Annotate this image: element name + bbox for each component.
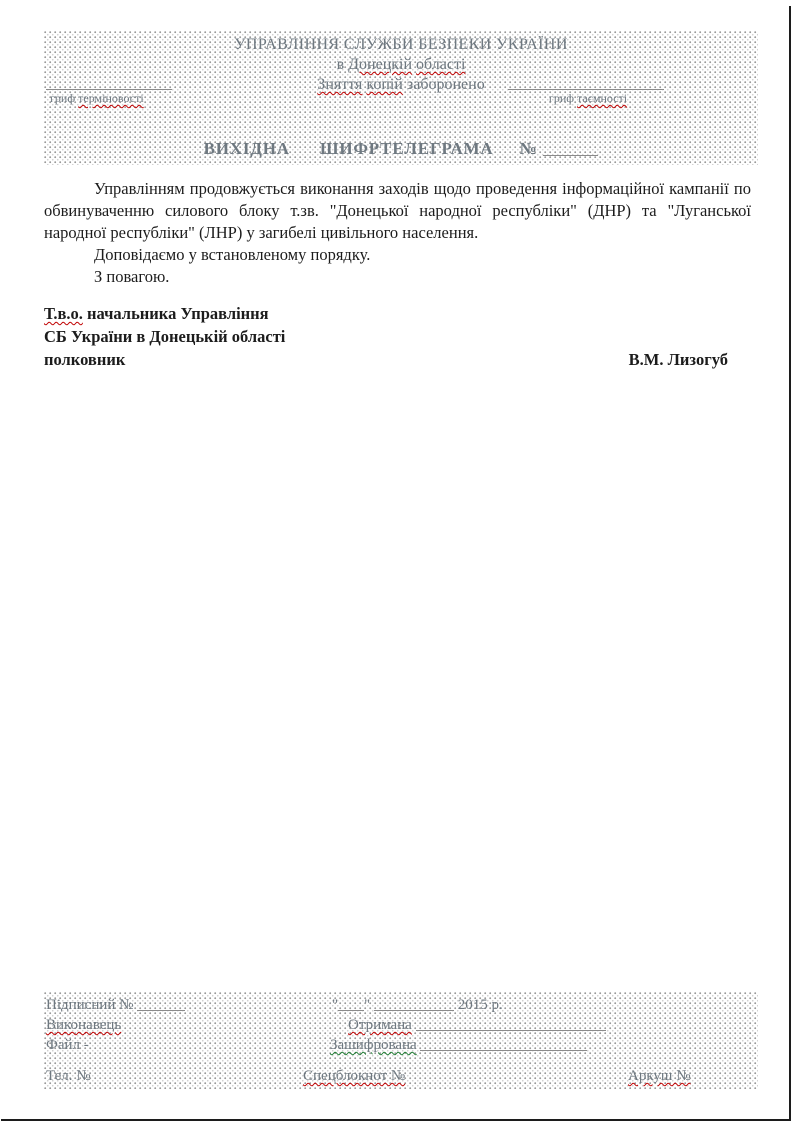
signer-name: В.М. Лизогуб (629, 348, 728, 371)
paragraph-campaign: Управлінням продовжується виконання захо… (44, 178, 751, 244)
nocopy-rest: заборонено (407, 76, 485, 93)
signed-number-label: Підписний № (46, 997, 134, 1013)
secrecy-stamp-word: таємності (577, 91, 627, 105)
date-year: 2015 р. (458, 997, 503, 1013)
secrecy-stamp-prefix: гриф (549, 91, 574, 105)
page-edge-right (789, 6, 791, 1120)
paragraph-report: Доповідаємо у встановленому порядку. (44, 244, 751, 266)
org-region: в Донецкій області (44, 55, 758, 74)
encrypted-label: Зашифрована (330, 1037, 417, 1053)
signature-rank-row: полковник В.М. Лизогуб (44, 348, 728, 371)
secrecy-stamp: гриф таємності (508, 83, 664, 105)
urgency-stamp-blank-line (46, 83, 172, 90)
doc-title-number-sign: № (519, 139, 537, 158)
paragraph-regards: З повагою. (44, 266, 751, 288)
executor-field: Виконавець (46, 1017, 121, 1034)
secrecy-stamp-label: гриф таємності (545, 91, 627, 105)
file-label: Файл - (46, 1037, 89, 1053)
header-classification-block: УПРАВЛІННЯ СЛУЖБИ БЕЗПЕКИ УКРАЇНИ в Доне… (44, 31, 758, 165)
org-title: УПРАВЛІННЯ СЛУЖБИ БЕЗПЕКИ УКРАЇНИ (44, 35, 758, 54)
signed-number-blank (137, 998, 185, 1011)
received-blank (416, 1018, 606, 1031)
signature-abbr: Т.в.о. (44, 304, 83, 323)
signed-number-field: Підписний № (46, 997, 185, 1014)
doc-title: ВИХІДНАШИФРТЕЛЕГРАМА№ (44, 139, 758, 159)
region-prefix: в (337, 56, 345, 73)
secrecy-stamp-blank-line (508, 83, 664, 90)
signature-position-line2: СБ України в Донецькій області (44, 325, 728, 348)
encrypted-field: Зашифрована (330, 1037, 587, 1054)
received-field: Отримана (348, 1017, 606, 1034)
received-label: Отримана (348, 1017, 412, 1033)
sheet-field: Аркуш № (628, 1068, 691, 1085)
date-day-blank (338, 998, 364, 1011)
signature-position-line1: Т.в.о. начальника Управління (44, 302, 728, 325)
document-page: { "header": { "org": "УПРАВЛІННЯ СЛУЖБИ … (0, 0, 794, 1127)
letter-body: Управлінням продовжується виконання захо… (44, 178, 751, 288)
date-month-blank (374, 998, 454, 1011)
sheet-label: Аркуш № (628, 1068, 691, 1084)
urgency-stamp: гриф терміновості (46, 83, 172, 105)
urgency-stamp-word: терміновості (78, 91, 144, 105)
signature-rank: полковник (44, 348, 125, 371)
region-word2-misspelled: області (416, 56, 465, 73)
page-edge-bottom (1, 1119, 791, 1121)
nocopy-word2: копій (366, 76, 403, 93)
urgency-stamp-label: гриф терміновості (46, 91, 144, 105)
file-field: Файл - (46, 1037, 89, 1054)
signature-block: Т.в.о. начальника Управління СБ України … (44, 302, 728, 371)
doc-number-blank (543, 143, 598, 156)
tel-label: Тел. № (46, 1068, 91, 1084)
encrypted-blank (420, 1038, 587, 1051)
tel-field: Тел. № (46, 1068, 91, 1085)
signature-line1-rest: начальника Управління (87, 304, 269, 323)
date-quote-close: " (364, 997, 370, 1013)
specnotebook-label: Спецблокнот № (303, 1068, 405, 1084)
region-word-misspelled: Донецкій (348, 56, 412, 73)
doc-title-word2: ШИФРТЕЛЕГРАМА (320, 139, 494, 158)
nocopy-word1: Зняття (317, 76, 362, 93)
date-field: "" 2015 р. (332, 997, 503, 1014)
urgency-stamp-prefix: гриф (50, 91, 75, 105)
doc-title-word1: ВИХІДНА (204, 139, 290, 158)
executor-label: Виконавець (46, 1017, 121, 1033)
footer-registration-block: Підписний № "" 2015 р. Виконавець Отрима… (44, 992, 758, 1089)
specnotebook-field: Спецблокнот № (303, 1068, 405, 1085)
